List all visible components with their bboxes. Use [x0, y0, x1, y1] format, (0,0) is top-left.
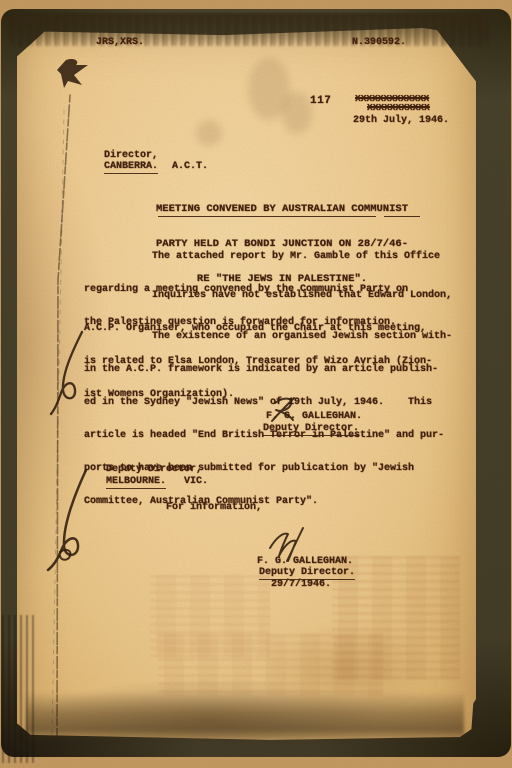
body-line: The attached report by Mr. Gamble of thi… — [84, 251, 456, 262]
body-line: Committee, Australian Communist Party". — [84, 496, 456, 507]
body-line: ed in the Sydney "Jewish News" of 19th J… — [84, 397, 456, 408]
left-edge-streaks — [2, 615, 36, 763]
signature2-name: F. G. GALLEGHAN. — [257, 556, 353, 567]
paper-stain — [282, 92, 312, 134]
page-number: 117 — [310, 96, 331, 107]
top-edge-smudge — [10, 13, 488, 46]
subject-line: MEETING CONVENED BY AUSTRALIAN COMMUNIST — [146, 204, 418, 216]
addressee2-city: MELBOURNE. — [106, 476, 166, 489]
signature2-title: Deputy Director. — [259, 567, 355, 580]
file-number: N.390592. — [352, 37, 406, 48]
for-information-note: For information, — [166, 502, 262, 513]
reference-initials: JRS,XRS. — [96, 37, 144, 48]
subject-underline-extension — [384, 216, 420, 217]
body-line: Inquiries have not established that Edwa… — [84, 290, 456, 301]
addressee-city: CANBERRA. — [104, 161, 158, 174]
body-line: The existence of an organised Jewish sec… — [84, 331, 456, 342]
signature2-date: 29/7/1946. — [271, 579, 331, 590]
signature1-title: Deputy Director. — [263, 423, 359, 436]
signature1-name: F. G. GALLEGHAN. — [266, 411, 362, 422]
photostat-scene: JRS,XRS. N.390592. 117 XXXXXXXXXXXXX XXX… — [0, 0, 512, 768]
subject-underline — [158, 216, 376, 217]
addressee-state: A.C.T. — [172, 161, 208, 172]
paper-stain — [196, 120, 222, 146]
redacted-line-2: XXXXXXXXXXX — [367, 102, 430, 113]
bottom-edge-smudge — [26, 692, 464, 740]
addressee-role: Director, — [104, 150, 158, 161]
addressee2-role: Deputy Director, — [106, 464, 202, 475]
letter-date: 29th July, 1946. — [353, 115, 449, 126]
addressee2-state: VIC. — [184, 476, 208, 487]
body-line: in the A.C.P. framework is indicated by … — [84, 364, 456, 375]
